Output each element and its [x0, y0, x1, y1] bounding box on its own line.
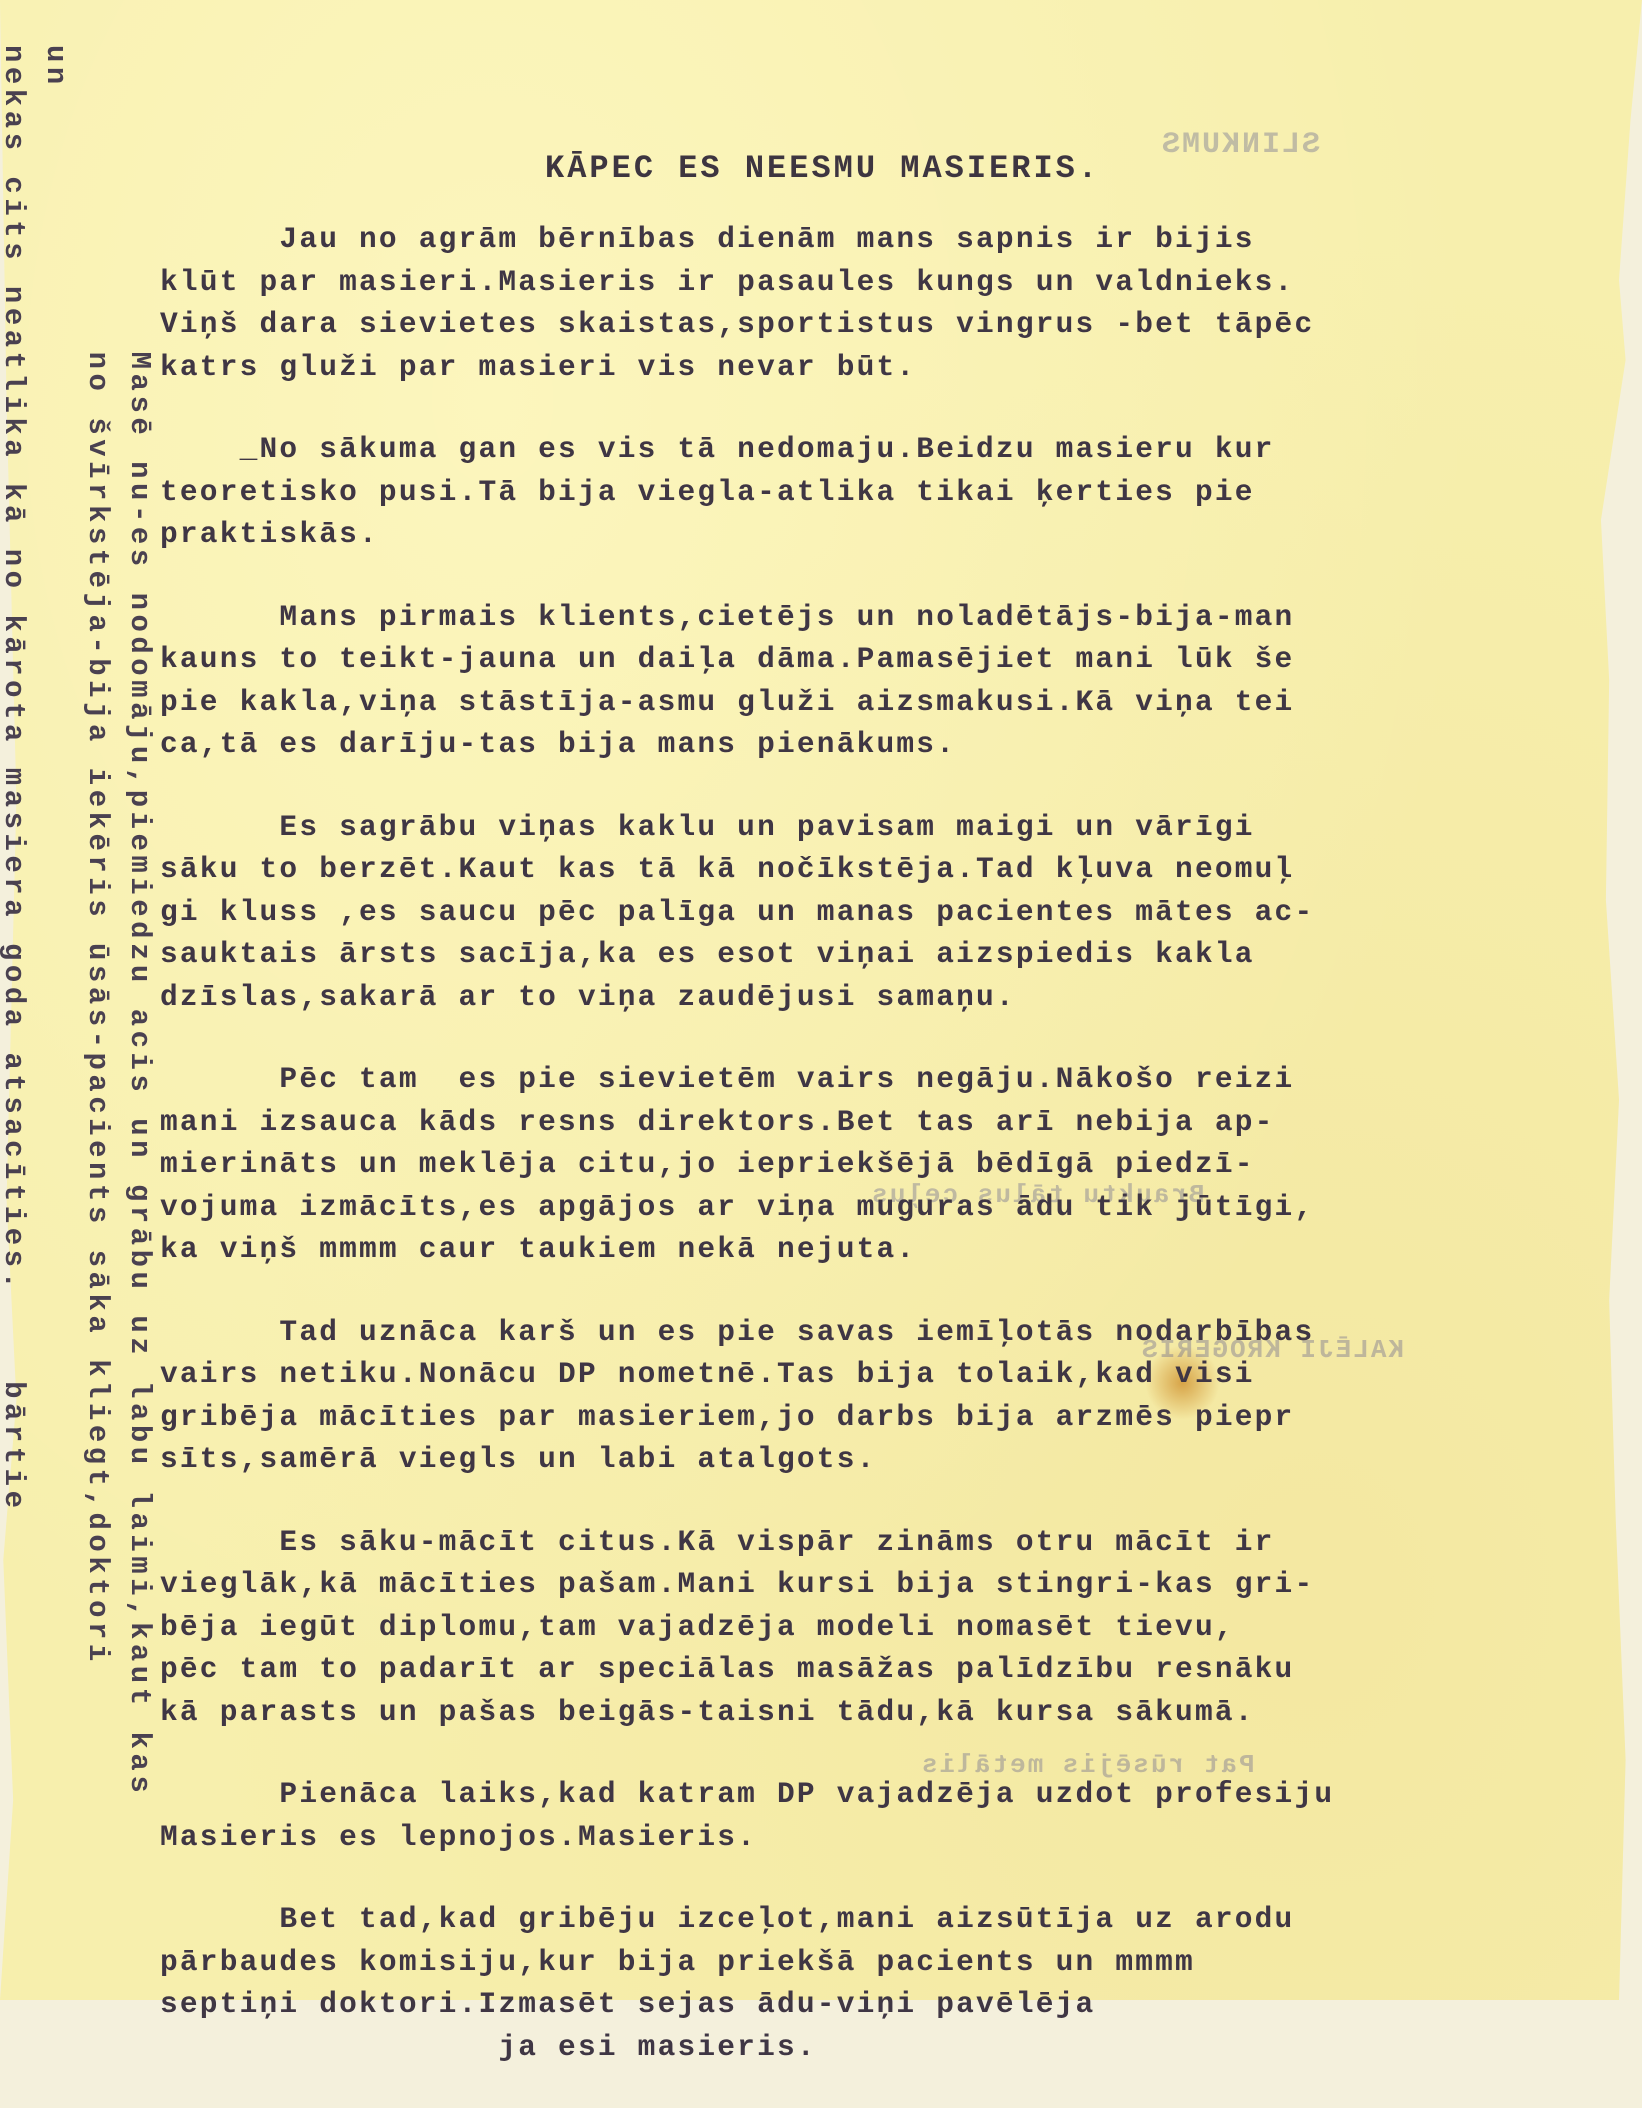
- text-line: ka viņš mmmm caur taukiem nekā nejuta.: [160, 1228, 1620, 1271]
- text-line: sīts,samērā viegls un labi atalgots.: [160, 1438, 1620, 1481]
- paragraph: Es sagrābu viņas kaklu un pavisam maigi …: [160, 806, 1620, 1019]
- text-line: mani izsauca kāds resns direktors.Bet ta…: [160, 1101, 1620, 1144]
- text-line: pēc tam to padarīt ar speciālas masāžas …: [160, 1648, 1620, 1691]
- paragraph: Tad uznāca karš un es pie savas iemīļotā…: [160, 1311, 1620, 1481]
- margin-note-line: no švīrkstēja-bija iekēris ūsās-pacients…: [76, 45, 118, 2000]
- margin-note-line: un: [34, 45, 76, 2000]
- text-line: Pienāca laiks,kad katram DP vajadzēja uz…: [160, 1773, 1620, 1816]
- text-line: ca,tā es darīju-tas bija mans pienākums.: [160, 723, 1620, 766]
- text-line: vairs netiku.Nonācu DP nometnē.Tas bija …: [160, 1353, 1620, 1396]
- document-body: Jau no agrām bērnības dienām mans sapnis…: [160, 218, 1620, 2000]
- text-line: Mans pirmais klients,cietējs un noladētā…: [160, 596, 1620, 639]
- text-line: vieglāk,kā mācīties pašam.Mani kursi bij…: [160, 1563, 1620, 1606]
- text-line: teoretisko pusi.Tā bija viegla-atlika ti…: [160, 471, 1620, 514]
- text-line: bēja iegūt diplomu,tam vajadzēja modeli …: [160, 1606, 1620, 1649]
- text-line: klūt par masieri.Masieris ir pasaules ku…: [160, 261, 1620, 304]
- text-line: pārbaudes komisiju,kur bija priekšā paci…: [160, 1941, 1620, 1984]
- text-line: Masieris es lepnojos.Masieris.: [160, 1816, 1620, 1859]
- text-line: praktiskās.: [160, 513, 1620, 556]
- text-line: pie kakla,viņa stāstīja-asmu gluži aizsm…: [160, 681, 1620, 724]
- text-line: Es sāku-mācīt citus.Kā vispār zināms otr…: [160, 1521, 1620, 1564]
- text-line: _No sākuma gan es vis tā nedomaju.Beidzu…: [160, 428, 1620, 471]
- paragraph: Jau no agrām bērnības dienām mans sapnis…: [160, 218, 1620, 388]
- text-line: gi kluss ,es saucu pēc palīga un manas p…: [160, 891, 1620, 934]
- paragraph: Es sāku-mācīt citus.Kā vispār zināms otr…: [160, 1521, 1620, 1734]
- text-line: dzīslas,sakarā ar to viņa zaudējusi sama…: [160, 976, 1620, 1019]
- text-line: gribēja mācīties par masieriem,jo darbs …: [160, 1396, 1620, 1439]
- bleed-through-text: SLINKUMS: [1160, 128, 1320, 162]
- text-line: Es sagrābu viņas kaklu un pavisam maigi …: [160, 806, 1620, 849]
- document-title: KĀPEC ES NEESMU MASIERIS.: [545, 150, 1100, 187]
- paragraph: Pienāca laiks,kad katram DP vajadzēja uz…: [160, 1773, 1620, 1858]
- text-line: sauktais ārsts sacīja,ka es esot viņai a…: [160, 933, 1620, 976]
- text-line: Bet tad,kad gribēju izceļot,mani aizsūtī…: [160, 1898, 1620, 1941]
- text-line: vojuma izmācīts,es apgājos ar viņa mugur…: [160, 1186, 1620, 1229]
- paragraph: Mans pirmais klients,cietējs un noladētā…: [160, 596, 1620, 766]
- paragraph: Bet tad,kad gribēju izceļot,mani aizsūtī…: [160, 1898, 1620, 2000]
- margin-note-line: Masē nu-es nodomāju,piemiedzu acis un gr…: [118, 45, 160, 2000]
- text-line: kauns to teikt-jauna un daiļa dāma.Pamas…: [160, 638, 1620, 681]
- margin-note: Masē nu-es nodomāju,piemiedzu acis un gr…: [0, 45, 160, 2000]
- text-line: mierināts un meklēja citu,jo iepriekšējā…: [160, 1143, 1620, 1186]
- margin-note-line: nekas cits neatlika kā no kārota masiera…: [0, 45, 34, 2000]
- text-line: septiņi doktori.Izmasēt sejas ādu-viņi p…: [160, 1983, 1620, 2000]
- text-line: katrs gluži par masieri vis nevar būt.: [160, 346, 1620, 389]
- text-line: sāku to berzēt.Kaut kas tā kā nočīkstēja…: [160, 848, 1620, 891]
- paragraph: Pēc tam es pie sievietēm vairs negāju.Nā…: [160, 1058, 1620, 1271]
- text-line: Viņš dara sievietes skaistas,sportistus …: [160, 303, 1620, 346]
- text-line: Pēc tam es pie sievietēm vairs negāju.Nā…: [160, 1058, 1620, 1101]
- text-line: Tad uznāca karš un es pie savas iemīļotā…: [160, 1311, 1620, 1354]
- text-line: Jau no agrām bērnības dienām mans sapnis…: [160, 218, 1620, 261]
- paragraph: _No sākuma gan es vis tā nedomaju.Beidzu…: [160, 428, 1620, 556]
- text-line: kā parasts un pašas beigās-taisni tādu,k…: [160, 1691, 1620, 1734]
